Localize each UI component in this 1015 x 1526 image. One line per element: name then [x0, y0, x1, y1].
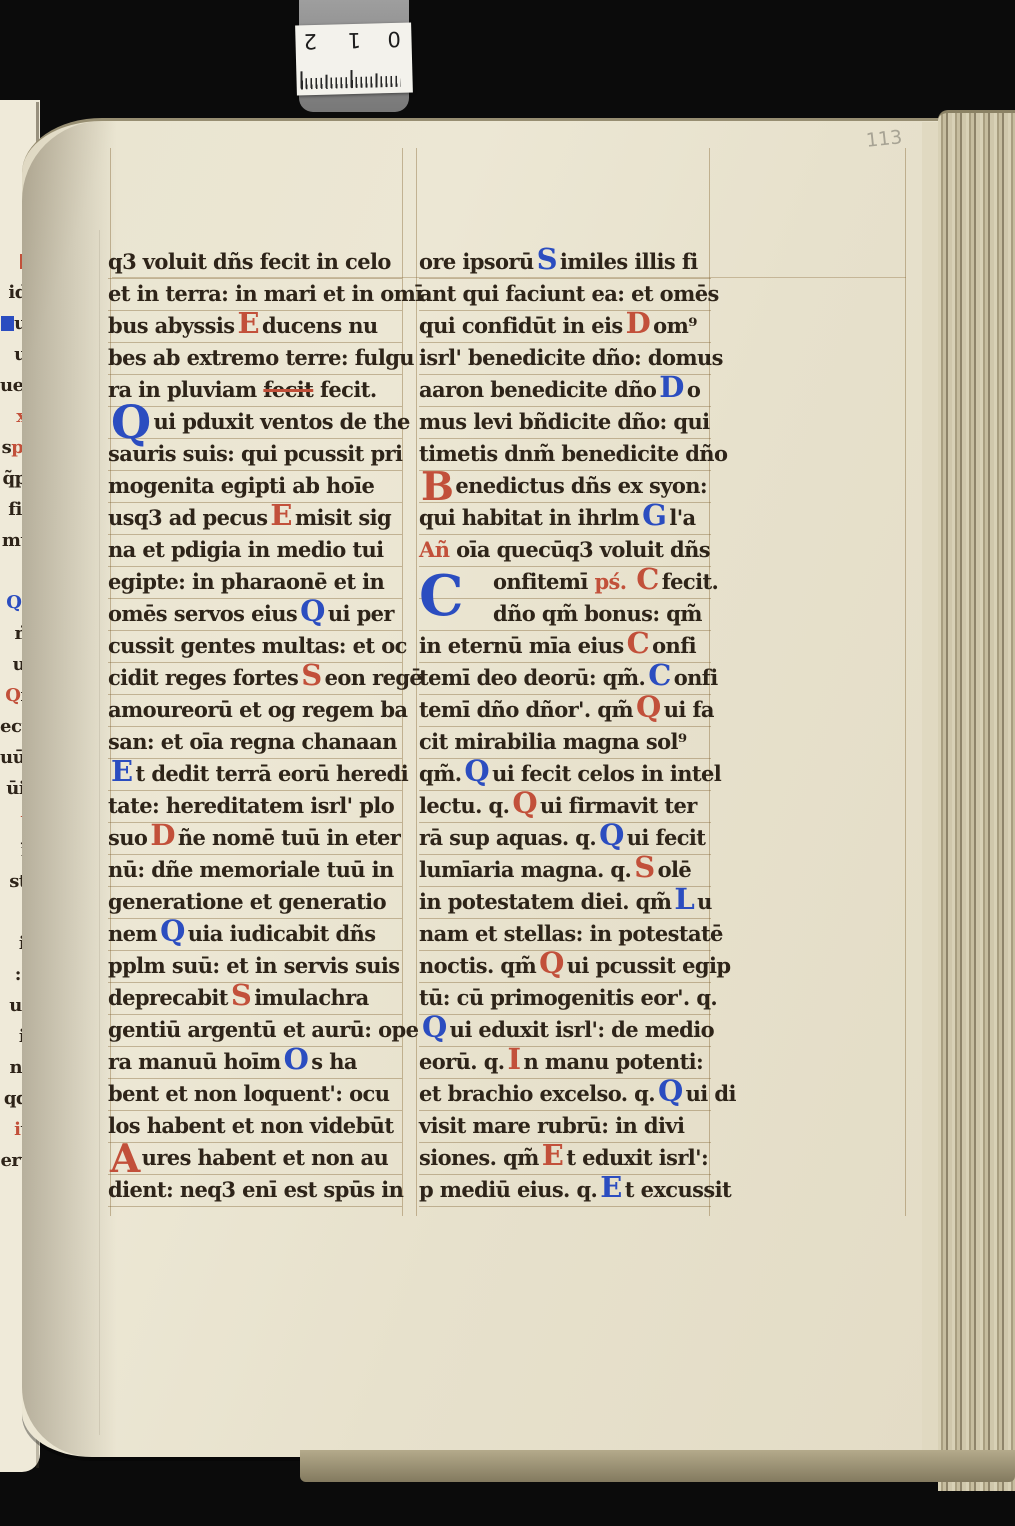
text-run: bent et non loquent': ocu	[108, 1081, 389, 1106]
manuscript-line: gentiū argentū et aurū: ope	[108, 1015, 402, 1047]
text-run: isrl' benedicite dño: domus	[419, 345, 723, 370]
manuscript-line: bent et non loquent': ocu	[108, 1079, 402, 1111]
book-bottom-edge	[300, 1450, 1015, 1482]
initial-letter: Q	[596, 818, 627, 852]
text-run: ra manuū hoīm	[108, 1049, 281, 1074]
text-column-left: q3 voluit dñs fecit in celoet in terra: …	[108, 247, 402, 1207]
text-run: dño qm̃ bonus: qm̃	[493, 601, 702, 626]
text-run: san: et oīa regna chanaan	[108, 729, 397, 754]
text-run: ui per	[328, 601, 394, 626]
initial-letter: Q	[461, 754, 492, 788]
text-run: ui pcussit egip	[567, 953, 731, 978]
text-run: suo	[108, 825, 147, 850]
text-run: fecit	[263, 377, 313, 402]
manuscript-line: ra manuū hoīmOs ha	[108, 1047, 402, 1079]
text-run: nem	[108, 921, 157, 946]
text-run: cussit gentes multas: et oc	[108, 633, 407, 658]
page-stack-right	[938, 110, 1015, 1491]
manuscript-line: Et dedit terrā eorū heredi	[108, 759, 402, 791]
text-run: ui fa	[664, 697, 714, 722]
text-run: lumīaria magna. q.	[419, 857, 631, 882]
text-run: deprecabit	[108, 985, 228, 1010]
initial-letter: Q	[509, 786, 540, 820]
ruler-ticks	[300, 69, 400, 90]
manuscript-line: pplm suū: et in servis suis	[108, 951, 402, 983]
fragment-run	[1, 316, 14, 331]
manuscript-line: cussit gentes multas: et oc	[108, 631, 402, 663]
manuscript-line: rā sup aquas. q.Qui fecit	[419, 823, 711, 855]
text-run: ñe nomē tuū in eter	[178, 825, 400, 850]
fragment-run: Q	[5, 685, 20, 706]
text-run: qui habitat in ihrlm	[419, 505, 639, 530]
text-run: eorū. q.	[419, 1049, 505, 1074]
text-run: los habent et non videbūt	[108, 1113, 393, 1138]
manuscript-line: bes ab extremo terre: fulgu	[108, 343, 402, 375]
manuscript-line: qui confidūt in eisDom⁹	[419, 311, 711, 343]
manuscript-line: omēs servos eiusQui per	[108, 599, 402, 631]
manuscript-line: egipte: in pharaonē et in	[108, 567, 402, 599]
manuscript-line: nemQuia iudicabit dñs	[108, 919, 402, 951]
text-run: enedictus dñs ex syon:	[455, 473, 707, 498]
text-run: nū: dñe memoriale tuū in	[108, 857, 394, 882]
text-run: oīa quecūq3 voluit dñs	[449, 537, 710, 562]
text-run: cidit reges fortes	[108, 665, 298, 690]
text-run: rā sup aquas. q.	[419, 825, 596, 850]
text-run: t eduxit isrl':	[566, 1145, 708, 1170]
manuscript-line: Qui eduxit isrl': de medio	[419, 1015, 711, 1047]
initial-letter: D	[147, 818, 178, 852]
initial-letter: E	[234, 306, 262, 340]
manuscript-line: mogenita egipti ab hoīe	[108, 471, 402, 503]
text-column-right: ore ipsorūSimiles illis fiant qui faciun…	[419, 247, 711, 1207]
text-run: uia iudicabit dñs	[188, 921, 376, 946]
initial-letter: D	[623, 306, 654, 340]
initial-letter: D	[656, 370, 687, 404]
text-run: fecit.	[313, 377, 376, 402]
initial-letter: Q	[536, 946, 567, 980]
text-run: pplm suū: et in servis suis	[108, 953, 399, 978]
fragment-run: s	[2, 437, 12, 458]
text-run: sauris suis: qui pcussit pri	[108, 441, 402, 466]
text-run: ore ipsorū	[419, 249, 534, 274]
text-run: generatione et generatio	[108, 889, 386, 914]
text-run: ducens nu	[262, 313, 378, 338]
text-run: onfi	[652, 633, 696, 658]
text-run: q3 voluit dñs fecit in celo	[108, 249, 391, 274]
manuscript-line: bus abyssisEducens nu	[108, 311, 402, 343]
text-run: ui pduxit ventos de the	[153, 409, 409, 434]
text-run: et in terra: in mari et in omī	[108, 281, 423, 306]
text-run: ui firmavit ter	[540, 793, 697, 818]
text-run: u	[697, 889, 712, 914]
ruling-vertical-5	[905, 148, 906, 1216]
text-run: ui di	[686, 1081, 736, 1106]
manuscript-line: q3 voluit dñs fecit in celo	[108, 247, 402, 279]
manuscript-line: lumīaria magna. q.Solē	[419, 855, 711, 887]
manuscript-line: mus levi bñdicite dño: qui	[419, 407, 711, 439]
text-run: o	[687, 377, 700, 402]
initial-letter: L	[671, 882, 697, 916]
text-run: mus levi bñdicite dño: qui	[419, 409, 710, 434]
text-run: gentiū argentū et aurū: ope	[108, 1017, 418, 1042]
initial-letter: C	[645, 658, 673, 692]
text-run: amoureorū et og regem ba	[108, 697, 407, 722]
manuscript-line: Aures habent et non au	[108, 1143, 402, 1175]
initial-letter: O	[281, 1042, 312, 1076]
text-run: onfitemī	[493, 569, 594, 594]
measurement-ruler: 2 1 0	[295, 22, 413, 95]
foliation-number: 113	[865, 126, 903, 152]
manuscript-line: sauris suis: qui pcussit pri	[108, 439, 402, 471]
text-run: cit mirabilia magna sol⁹	[419, 729, 686, 754]
text-run: l'a	[669, 505, 695, 530]
initial-letter: C	[633, 562, 661, 596]
text-run: tate: hereditatem isrl' plo	[108, 793, 394, 818]
initial-letter: E	[267, 498, 295, 532]
manuscript-line: generatione et generatio	[108, 887, 402, 919]
text-run: ures habent et non au	[142, 1145, 389, 1170]
manuscript-line: timetis dnm̃ benedicite dño	[419, 439, 711, 471]
manuscript-line: qm̃.Qui fecit celos in intel	[419, 759, 711, 791]
initial-letter: C	[624, 626, 652, 660]
ruler-number-1: 1	[347, 28, 361, 52]
initial-letter: E	[108, 754, 136, 788]
initial-letter: S	[228, 978, 254, 1012]
manuscript-line: cidit reges fortesSeon regē	[108, 663, 402, 695]
manuscript-line: ore ipsorūSimiles illis fi	[419, 247, 711, 279]
manuscript-line: amoureorū et og regem ba	[108, 695, 402, 727]
text-run: ui fecit	[627, 825, 706, 850]
text-run: tū: cū primogenitis eor'. q.	[419, 985, 717, 1010]
text-run: noctis. qm̃	[419, 953, 536, 978]
initial-letter: E	[597, 1170, 625, 1204]
text-run: s ha	[311, 1049, 357, 1074]
fragment-run: Q	[6, 592, 21, 613]
text-run: omēs servos eius	[108, 601, 297, 626]
text-run: nam et stellas: in potestatē	[419, 921, 723, 946]
initial-letter: I	[505, 1042, 524, 1076]
text-run: in eternū mīa eius	[419, 633, 624, 658]
text-run: na et pdigia in medio tui	[108, 537, 384, 562]
text-run: t dedit terrā eorū heredi	[136, 761, 409, 786]
text-run: aaron benedicite dño	[419, 377, 656, 402]
text-run: om⁹	[653, 313, 697, 338]
text-run: ant qui faciunt ea: et omēs	[419, 281, 719, 306]
initial-letter: Q	[419, 1010, 450, 1044]
initial-letter: Q	[633, 690, 664, 724]
text-run: lectu. q.	[419, 793, 509, 818]
manuscript-line: tū: cū primogenitis eor'. q.	[419, 983, 711, 1015]
initial-letter: Q	[655, 1074, 686, 1108]
text-run: qui confidūt in eis	[419, 313, 623, 338]
manuscript-line: los habent et non videbūt	[108, 1111, 402, 1143]
text-run: usq3 ad pecus	[108, 505, 267, 530]
initial-letter: G	[639, 498, 669, 532]
text-run: mogenita egipti ab hoīe	[108, 473, 374, 498]
initial-letter: E	[539, 1138, 567, 1172]
text-run: eon regē	[325, 665, 423, 690]
text-run: p mediū eius. q.	[419, 1177, 597, 1202]
manuscript-line: deprecabitSimulachra	[108, 983, 402, 1015]
manuscript-line: in potestatem diei. qm̃Lu	[419, 887, 711, 919]
manuscript-line: na et pdigia in medio tui	[108, 535, 402, 567]
manuscript-line: san: et oīa regna chanaan	[108, 727, 402, 759]
text-run: temī deo deorū: qm̃.	[419, 665, 645, 690]
text-run: bes ab extremo terre: fulgu	[108, 345, 414, 370]
text-run: ui eduxit isrl': de medio	[450, 1017, 714, 1042]
text-run: Añ	[419, 537, 449, 562]
text-run: misit sig	[295, 505, 391, 530]
text-run: in potestatem diei. qm̃	[419, 889, 671, 914]
ruler-ticks-cm	[300, 69, 400, 90]
manuscript-line: Qui pduxit ventos de the	[108, 407, 402, 439]
text-run: imulachra	[254, 985, 368, 1010]
text-run: n manu potenti:	[524, 1049, 704, 1074]
manuscript-line: qui habitat in ihrlmGl'a	[419, 503, 711, 535]
manuscript-line: temī deo deorū: qm̃.Confi	[419, 663, 711, 695]
manuscript-line: p mediū eius. q.Et excussit	[419, 1175, 711, 1207]
text-run: fecit.	[662, 569, 719, 594]
text-run: bus abyssis	[108, 313, 234, 338]
initial-letter: Q	[157, 914, 188, 948]
text-run: egipte: in pharaonē et in	[108, 569, 384, 594]
text-run: pś.	[594, 569, 633, 594]
text-run: siones. qm̃	[419, 1145, 539, 1170]
manuscript-line: lectu. q.Qui firmavit ter	[419, 791, 711, 823]
manuscript-line: dient: neq3 enī est spūs in	[108, 1175, 402, 1207]
manuscript-line: et brachio excelso. q.Qui di	[419, 1079, 711, 1111]
initial-letter: Q	[297, 594, 328, 628]
initial-letter: S	[631, 850, 657, 884]
ruler-number-0: 0	[387, 27, 401, 51]
text-run: onfi	[674, 665, 718, 690]
text-run: ui fecit celos in intel	[492, 761, 721, 786]
text-run: t excussit	[625, 1177, 731, 1202]
text-run: et brachio excelso. q.	[419, 1081, 655, 1106]
manuscript-line: usq3 ad pecusEmisit sig	[108, 503, 402, 535]
initial-letter: S	[534, 242, 560, 276]
manuscript-line: aaron benedicite dñoDo	[419, 375, 711, 407]
text-run: dient: neq3 enī est spūs in	[108, 1177, 403, 1202]
manuscript-line: dño qm̃ bonus: qm̃	[419, 599, 711, 631]
manuscript-line: noctis. qm̃Qui pcussit egip	[419, 951, 711, 983]
photo-background: id:uiuluebutxispśq̃pifiamūtQōm̃utQñecucu…	[0, 0, 1015, 1526]
page-under-edge	[99, 230, 100, 1435]
manuscript-line: suoDñe nomē tuū in eter	[108, 823, 402, 855]
text-run: timetis dnm̃ benedicite dño	[419, 441, 727, 466]
text-run: imiles illis fi	[560, 249, 698, 274]
manuscript-line: ant qui faciunt ea: et omēs	[419, 279, 711, 311]
text-run: qm̃.	[419, 761, 461, 786]
manuscript-line: siones. qm̃Et eduxit isrl':	[419, 1143, 711, 1175]
manuscript-line: temī dño dñor'. qm̃Qui fa	[419, 695, 711, 727]
manuscript-line: nū: dñe memoriale tuū in	[108, 855, 402, 887]
ruler-number-2: 2	[303, 29, 317, 53]
initial-letter: S	[298, 658, 324, 692]
text-run: visit mare rubrū: in divi	[419, 1113, 684, 1138]
text-run: olē	[658, 857, 692, 882]
manuscript-line: Confitemī pś. Cfecit.	[419, 567, 711, 599]
text-run: temī dño dñor'. qm̃	[419, 697, 633, 722]
